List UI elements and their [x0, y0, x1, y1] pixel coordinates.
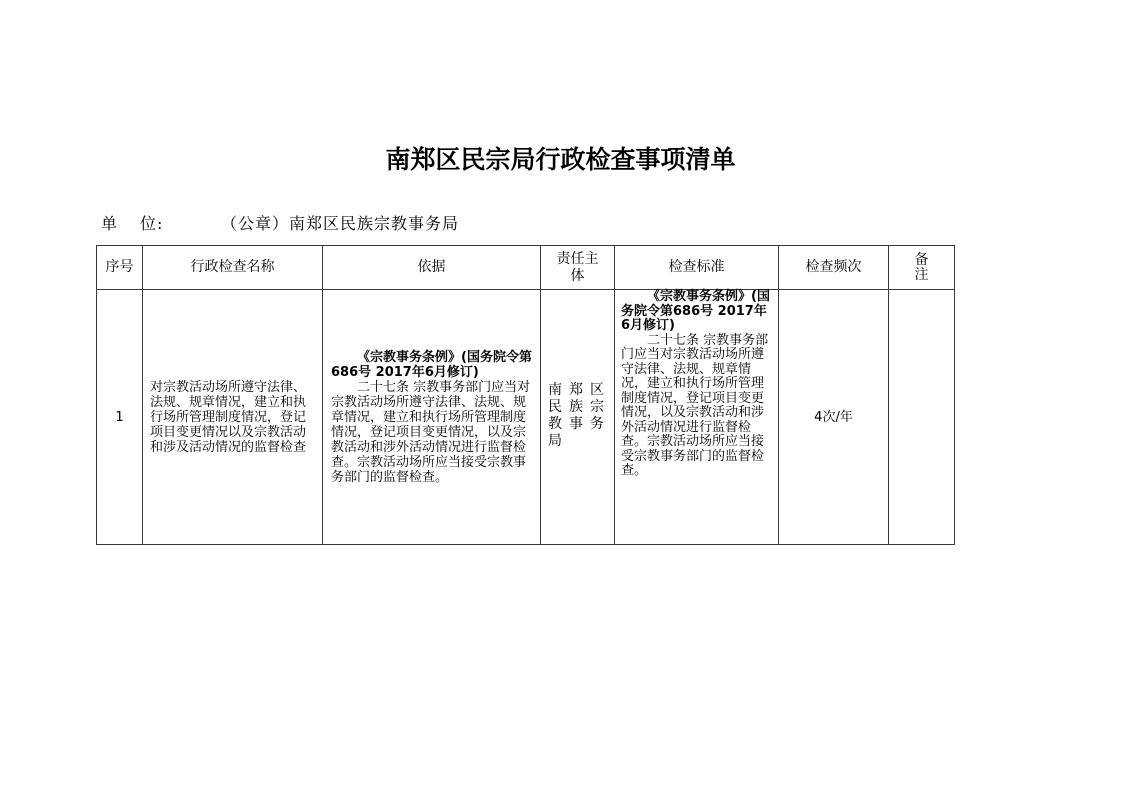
header-name: 行政检查名称	[143, 246, 323, 290]
header-note-char1: 备	[915, 252, 929, 268]
resp-char: 局	[548, 433, 562, 450]
resp-char: 事	[569, 416, 583, 433]
responsible-col-1: 南 民 教 局	[548, 382, 562, 452]
responsible-vertical-text: 南 民 教 局 郑 族 事 区 宗 务	[548, 382, 610, 452]
standard-law: 《宗教事务条例》(国务院令第686号 2017年6月修订)	[621, 290, 772, 334]
header-note-char2: 注	[915, 267, 929, 283]
header-basis: 依据	[323, 246, 541, 290]
resp-char: 郑	[569, 382, 583, 399]
responsible-col-3: 区 宗 务	[590, 382, 604, 452]
header-responsible-line2: 体	[541, 268, 614, 285]
cell-frequency: 4次/年	[779, 290, 889, 545]
basis-text: 二十七条 宗教事务部门应当对宗教活动场所遵守法律、法规、规章情况，建立和执行场所…	[331, 380, 534, 485]
cell-basis: 《宗教事务条例》(国务院令第686号 2017年6月修订) 二十七条 宗教事务部…	[323, 290, 541, 545]
inspection-table: 序号 行政检查名称 依据 责任主 体 检查标准 检查频次 备注 1 对宗教活动场…	[96, 245, 955, 545]
unit-label: 单位:	[101, 211, 221, 234]
resp-char: 务	[590, 416, 604, 433]
cell-name: 对宗教活动场所遵守法律、法规、规章情况，建立和执行场所管理制度情况，登记项目变更…	[143, 290, 323, 545]
resp-char: 宗	[590, 399, 604, 416]
cell-note	[889, 290, 955, 545]
unit-value: （公章）南郑区民族宗教事务局	[221, 214, 459, 233]
header-frequency: 检查频次	[779, 246, 889, 290]
responsible-col-2: 郑 族 事	[569, 382, 583, 452]
header-note: 备注	[889, 246, 955, 290]
cell-seq: 1	[97, 290, 143, 545]
table-row: 1 对宗教活动场所遵守法律、法规、规章情况，建立和执行场所管理制度情况，登记项目…	[97, 290, 955, 545]
resp-char: 民	[548, 399, 562, 416]
cell-standard: 《宗教事务条例》(国务院令第686号 2017年6月修订) 二十七条 宗教事务部…	[615, 290, 779, 545]
resp-char: 区	[590, 382, 604, 399]
standard-text: 二十七条 宗教事务部门应当对宗教活动场所遵守法律、法规、规章情况，建立和执行场所…	[621, 334, 772, 479]
unit-line: 单位:（公章）南郑区民族宗教事务局	[101, 211, 459, 234]
header-standard: 检查标准	[615, 246, 779, 290]
header-seq: 序号	[97, 246, 143, 290]
table-header-row: 序号 行政检查名称 依据 责任主 体 检查标准 检查频次 备注	[97, 246, 955, 290]
resp-char: 南	[548, 382, 562, 399]
page-title: 南郑区民宗局行政检查事项清单	[0, 140, 1121, 176]
unit-label-char-1: 单	[101, 214, 118, 233]
header-responsible-line1: 责任主	[541, 251, 614, 268]
header-responsible: 责任主 体	[541, 246, 615, 290]
cell-responsible: 南 民 教 局 郑 族 事 区 宗 务	[541, 290, 615, 545]
unit-label-char-2: 位:	[140, 214, 163, 233]
basis-law: 《宗教事务条例》(国务院令第686号 2017年6月修订)	[331, 350, 534, 380]
resp-char: 族	[569, 399, 583, 416]
resp-char: 教	[548, 416, 562, 433]
